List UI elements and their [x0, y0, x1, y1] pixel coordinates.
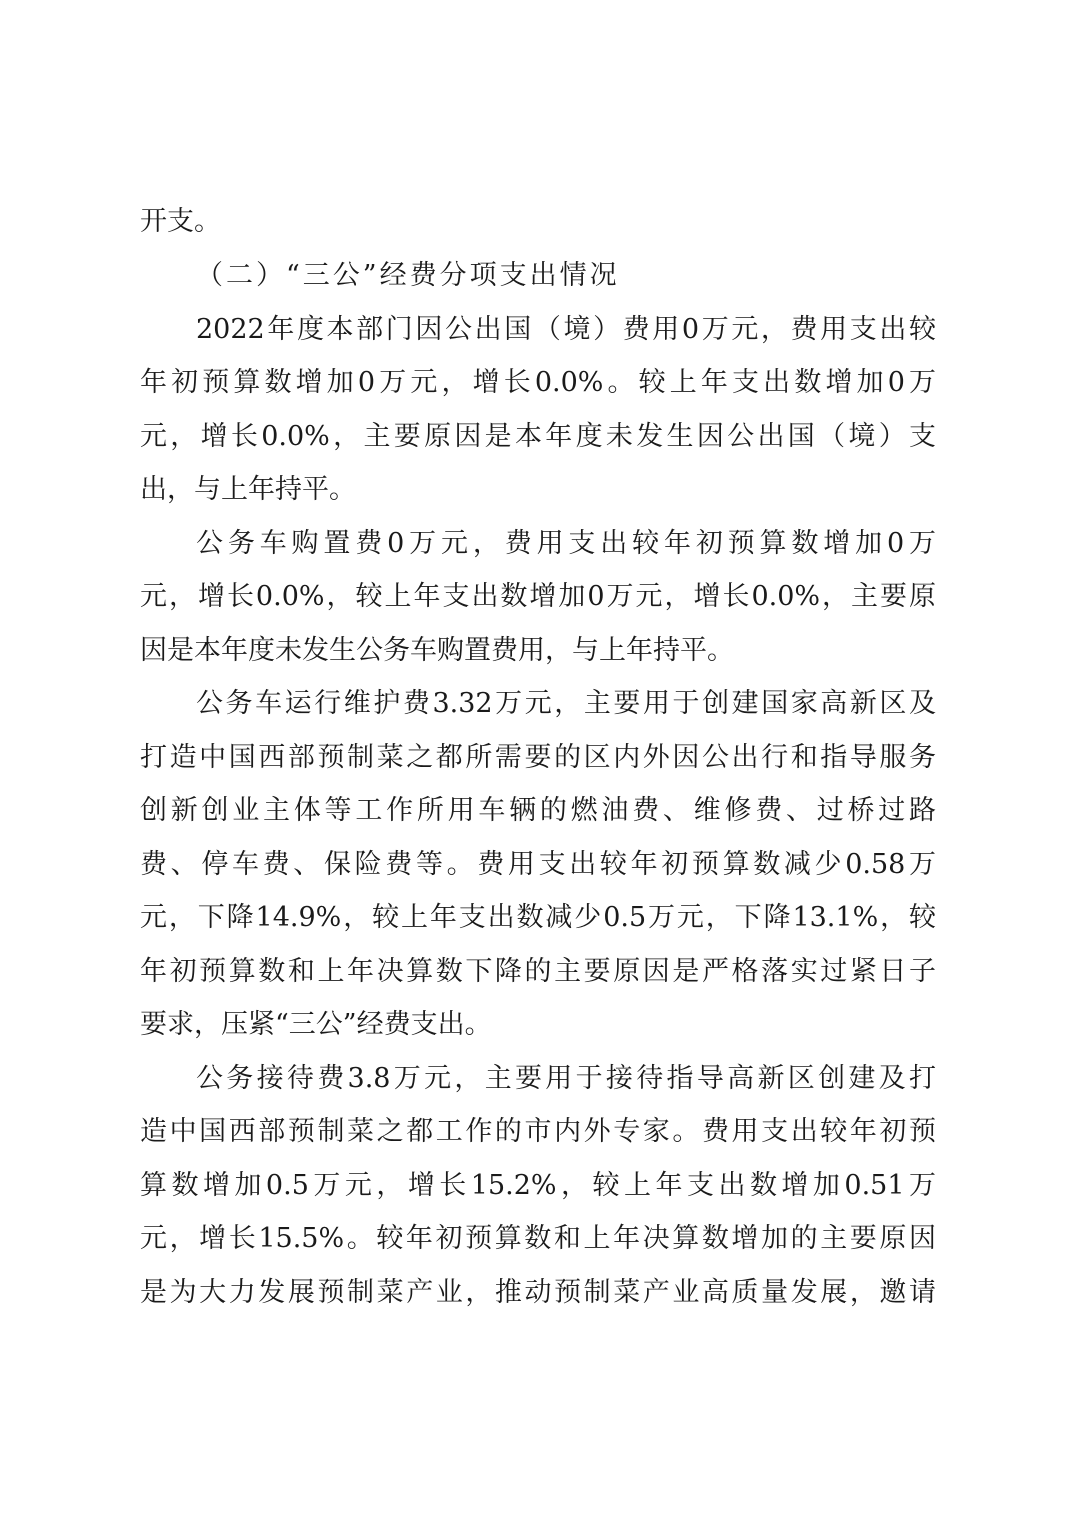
paragraph-vehicle-maintenance-line: 元，下降14.9%，较上年支出数减少0.5万元，下降13.1%，较 — [140, 898, 936, 938]
paragraph-overseas-travel-line: 年初预算数增加0万元，增长0.0%。较上年支出数增加0万 — [140, 363, 936, 403]
paragraph-overseas-travel-line: 元，增长0.0%，主要原因是本年度未发生因公出国（境）支 — [140, 417, 936, 457]
paragraph-vehicle-maintenance-line: 年初预算数和上年决算数下降的主要原因是严格落实过紧日子 — [140, 952, 936, 992]
paragraph-reception-line: 造中国西部预制菜之都工作的市内外专家。费用支出较年初预 — [140, 1112, 936, 1152]
paragraph-vehicle-maintenance-line: 打造中国西部预制菜之都所需要的区内外因公出行和指导服务 — [140, 738, 936, 778]
paragraph-reception-line: 公务接待费3.8万元，主要用于接待指导高新区创建及打 — [196, 1059, 936, 1099]
paragraph-overseas-travel-line: 2022年度本部门因公出国（境）费用0万元，费用支出较 — [196, 310, 936, 350]
paragraph-reception-line: 算数增加0.5万元，增长15.2%，较上年支出数增加0.51万 — [140, 1166, 936, 1206]
document-page: 开支。 （二）“三公”经费分项支出情况 2022年度本部门因公出国（境）费用0万… — [0, 0, 1075, 1520]
paragraph-vehicle-purchase-line: 公务车购置费0万元，费用支出较年初预算数增加0万 — [196, 524, 936, 564]
section-heading-three-public-expenses: （二）“三公”经费分项支出情况 — [196, 256, 620, 296]
paragraph-reception-line: 元，增长15.5%。较年初预算数和上年决算数增加的主要原因 — [140, 1219, 936, 1259]
paragraph-vehicle-maintenance-line: 要求，压紧“三公”经费支出。 — [140, 1005, 936, 1045]
paragraph-overseas-travel-line: 出，与上年持平。 — [140, 470, 936, 510]
paragraph-reception-line: 是为大力发展预制菜产业，推动预制菜产业高质量发展，邀请 — [140, 1273, 936, 1313]
paragraph-vehicle-purchase-line: 元，增长0.0%，较上年支出数增加0万元，增长0.0%，主要原 — [140, 577, 936, 617]
paragraph-vehicle-maintenance-line: 费、停车费、保险费等。费用支出较年初预算数减少0.58万 — [140, 845, 936, 885]
paragraph-vehicle-maintenance-line: 公务车运行维护费3.32万元，主要用于创建国家高新区及 — [196, 684, 936, 724]
paragraph-vehicle-maintenance-line: 创新创业主体等工作所用车辆的燃油费、维修费、过桥过路 — [140, 791, 936, 831]
text-line-continuation: 开支。 — [140, 202, 936, 242]
paragraph-vehicle-purchase-line: 因是本年度未发生公务车购置费用，与上年持平。 — [140, 631, 936, 671]
